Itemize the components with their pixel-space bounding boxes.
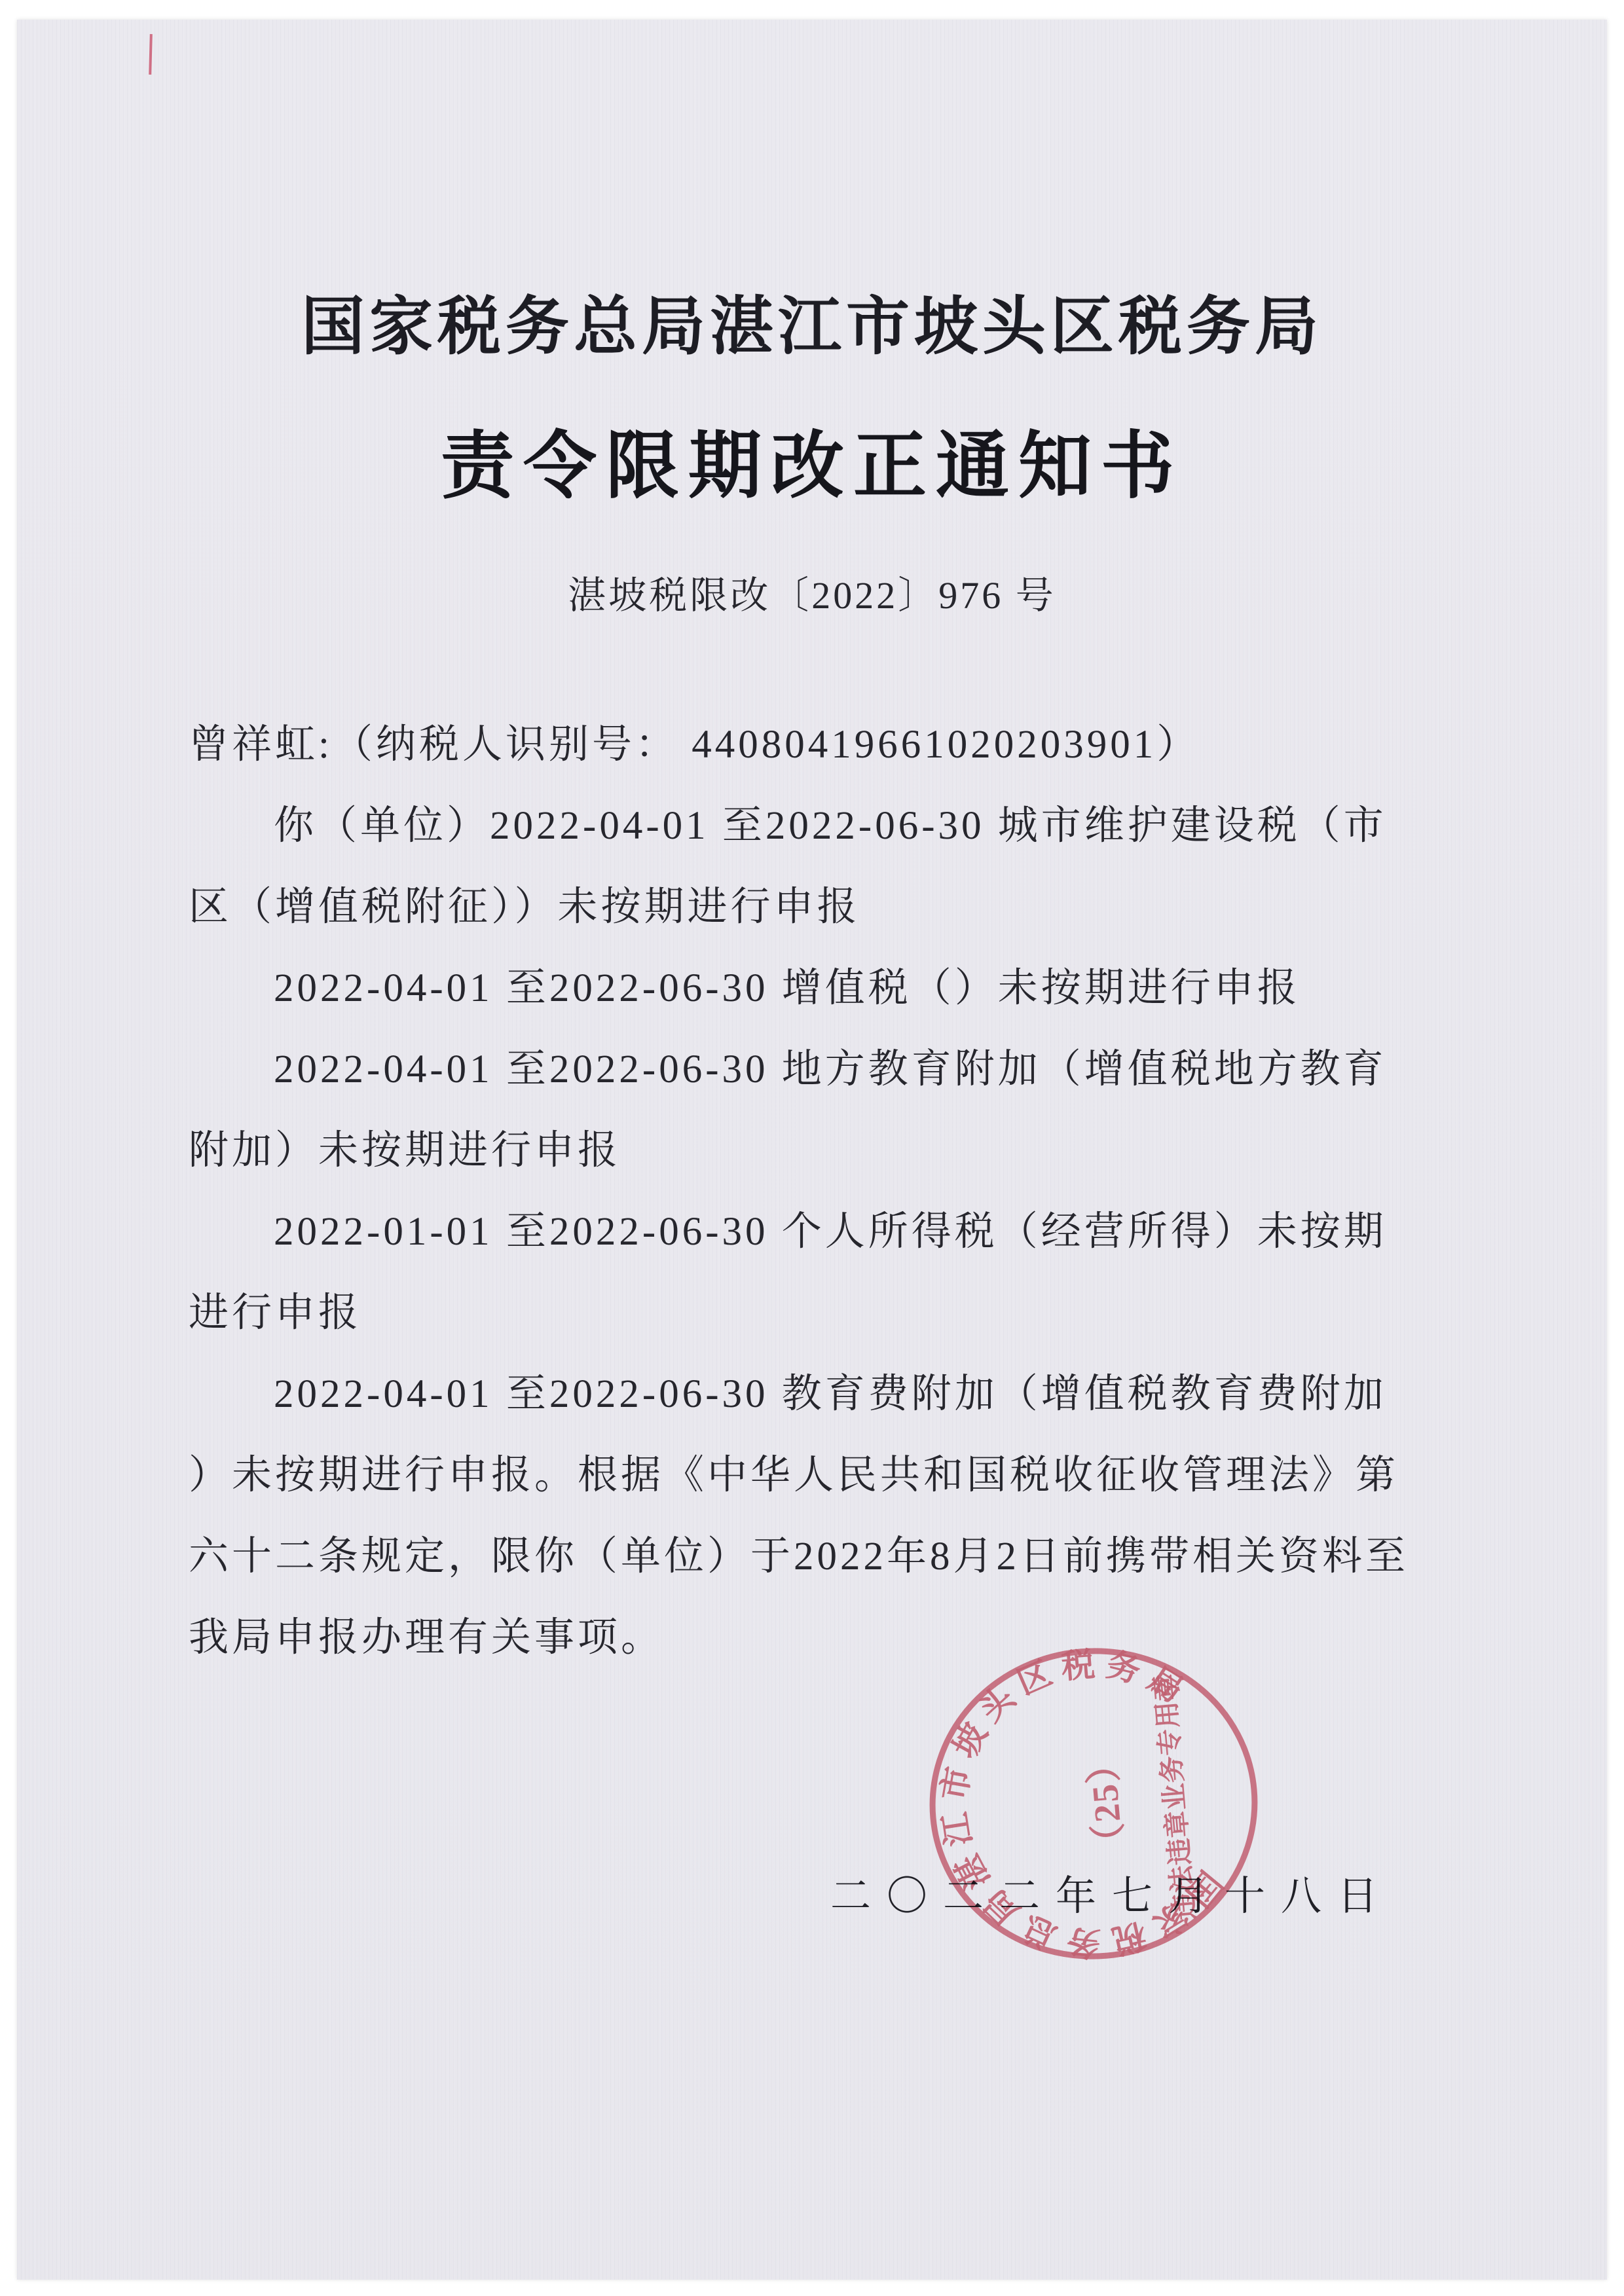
body-line: ）未按期进行申报。根据《中华人民共和国税收征收管理法》第 bbox=[189, 1435, 1423, 1516]
body-line: 区（增值税附征））未按期进行申报 bbox=[189, 867, 1423, 948]
body-line: 2022-01-01 至2022-06-30 个人所得税（经营所得）未按期 bbox=[189, 1192, 1423, 1273]
doc-title: 责令限期改正通知书 bbox=[0, 407, 1624, 513]
body-line: 2022-04-01 至2022-06-30 增值税（）未按期进行申报 bbox=[189, 948, 1423, 1029]
seal-inner-text: 违法违章业务专用章 bbox=[1149, 1672, 1200, 1922]
body-line: 2022-04-01 至2022-06-30 地方教育附加（增值税地方教育 bbox=[189, 1029, 1423, 1110]
scanned-page: { "document": { "header": { "bureau_titl… bbox=[0, 0, 1624, 2296]
body-line: 2022-04-01 至2022-06-30 教育费附加（增值税教育费附加 bbox=[189, 1354, 1423, 1435]
body-line-salutation: 曾祥虹:（纳税人识别号： 44080419661020203901） bbox=[189, 704, 1423, 786]
body-line: 进行申报 bbox=[189, 1273, 1423, 1354]
bureau-title: 国家税务总局湛江市坡头区税务局 bbox=[0, 275, 1624, 367]
body-line: 六十二条规定，限你（单位）于2022年8月2日前携带相关资料至 bbox=[189, 1516, 1423, 1597]
doc-number: 湛坡税限改〔2022〕976 号 bbox=[0, 564, 1624, 619]
body-paragraphs: 曾祥虹:（纳税人识别号： 44080419661020203901） 你（单位）… bbox=[189, 704, 1423, 1679]
body-line: 你（单位）2022-04-01 至2022-06-30 城市维护建设税（市 bbox=[189, 786, 1423, 867]
body-line: 附加）未按期进行申报 bbox=[189, 1110, 1423, 1192]
official-seal-stamp: 国家税务总局湛江市坡头区税务局 （25） 违法违章业务专用章 bbox=[923, 1626, 1264, 1982]
seal-center-number: （25） bbox=[1081, 1743, 1132, 1862]
